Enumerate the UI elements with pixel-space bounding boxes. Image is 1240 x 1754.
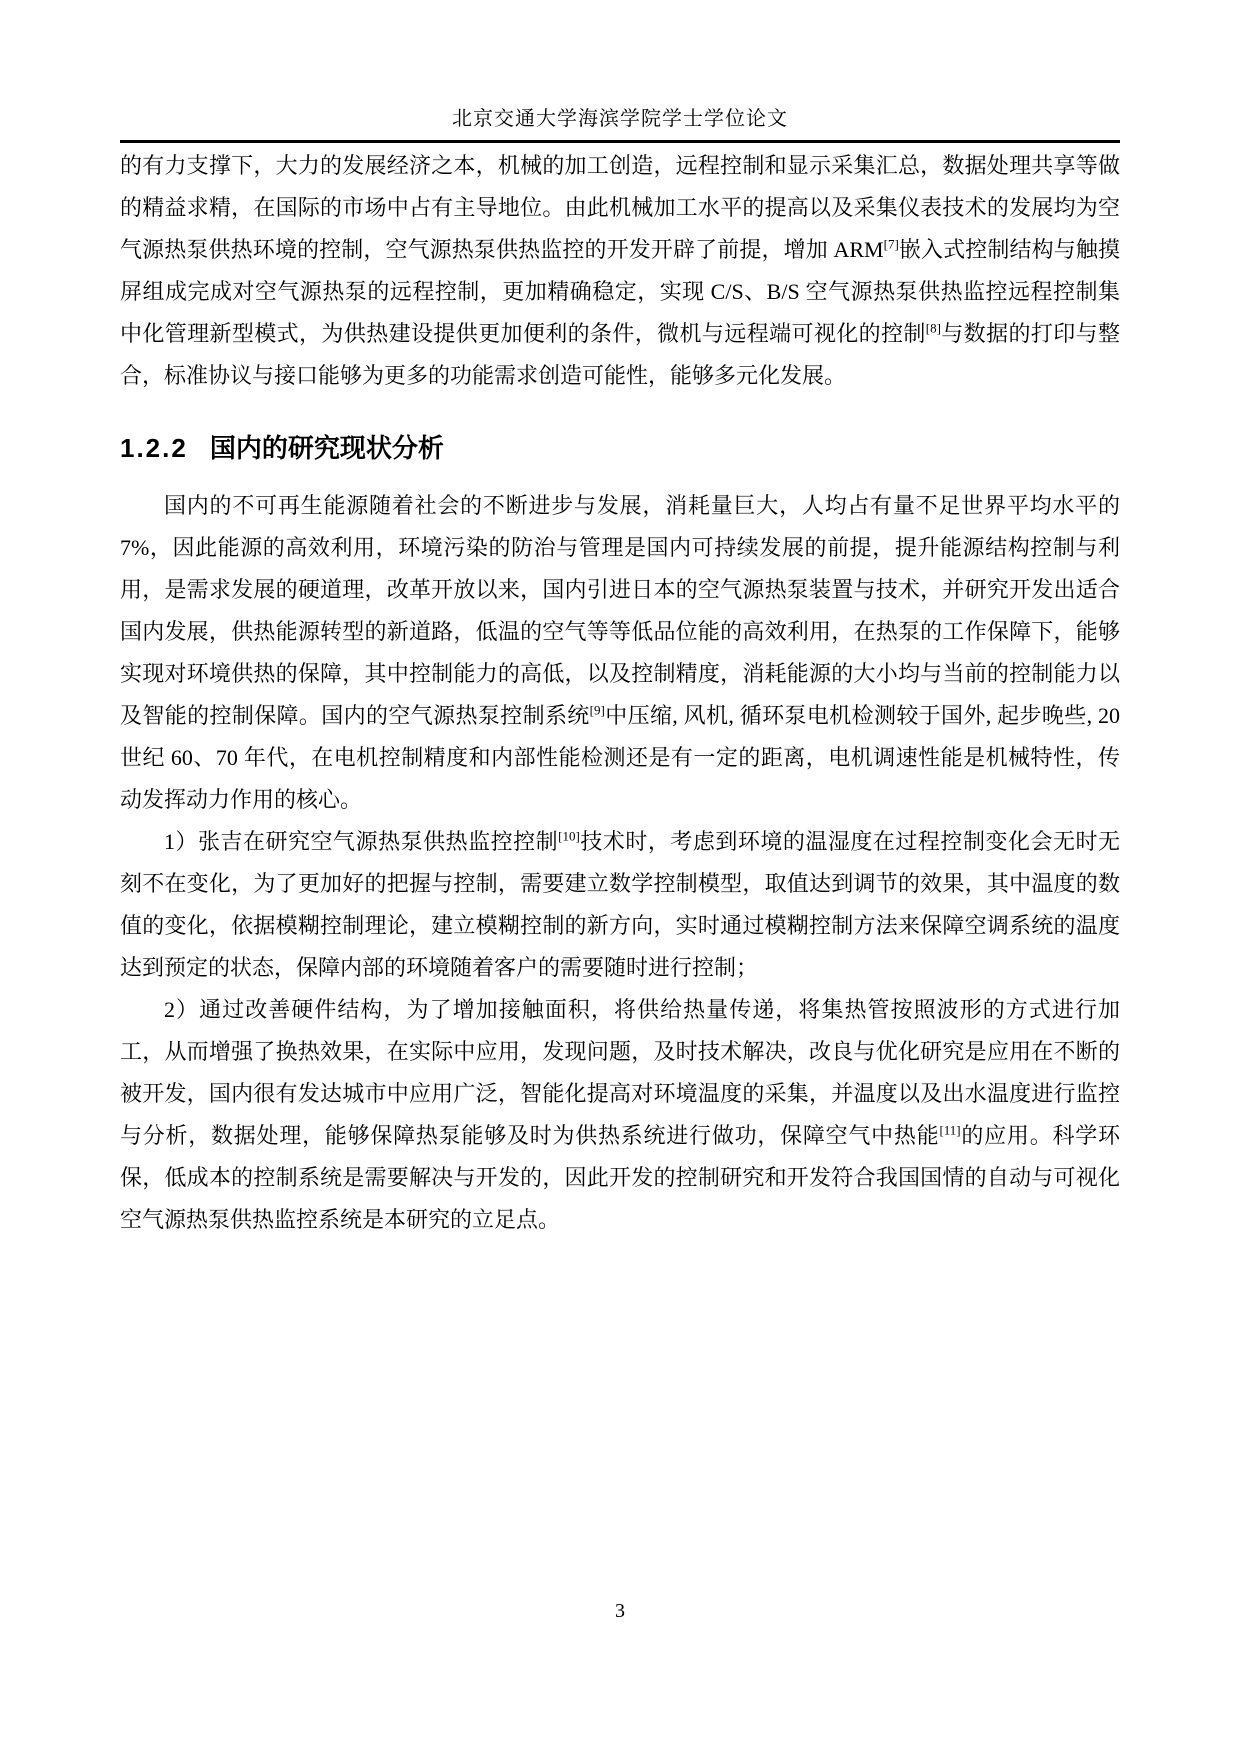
document-body: 的有力支撑下，大力的发展经济之本，机械的加工创造，远程控制和显示采集汇总，数据处… — [120, 145, 1120, 1241]
header-title: 北京交通大学海滨学院学士学位论文 — [120, 106, 1120, 132]
page-content: 北京交通大学海滨学院学士学位论文 的有力支撑下，大力的发展经济之本，机械的加工创… — [0, 0, 1240, 1241]
citation-superscript: [10] — [558, 829, 580, 844]
citation-superscript: [9] — [590, 703, 605, 718]
section-title: 国内的研究现状分析 — [210, 433, 444, 463]
page-number: 3 — [615, 1600, 625, 1622]
section-heading: 1.2.2国内的研究现状分析 — [120, 433, 1120, 463]
document-page: 北京交通大学海滨学院学士学位论文 的有力支撑下，大力的发展经济之本，机械的加工创… — [0, 0, 1240, 1754]
paragraph: 2）通过改善硬件结构，为了增加接触面积，将供给热量传递，将集热管按照波形的方式进… — [120, 989, 1120, 1241]
paragraph: 1）张吉在研究空气源热泵供热监控控制[10]技术时，考虑到环境的温湿度在过程控制… — [120, 821, 1120, 989]
paragraph: 国内的不可再生能源随着社会的不断进步与发展，消耗量巨大，人均占有量不足世界平均水… — [120, 485, 1120, 821]
citation-superscript: [7] — [884, 237, 899, 252]
header-rule — [120, 140, 1120, 143]
citation-superscript: [11] — [939, 1123, 960, 1138]
page-footer: 3 — [0, 1600, 1240, 1623]
section-number: 1.2.2 — [120, 433, 188, 463]
citation-superscript: [8] — [926, 321, 941, 336]
paragraph: 的有力支撑下，大力的发展经济之本，机械的加工创造，远程控制和显示采集汇总，数据处… — [120, 145, 1120, 397]
page-header: 北京交通大学海滨学院学士学位论文 — [120, 106, 1120, 143]
